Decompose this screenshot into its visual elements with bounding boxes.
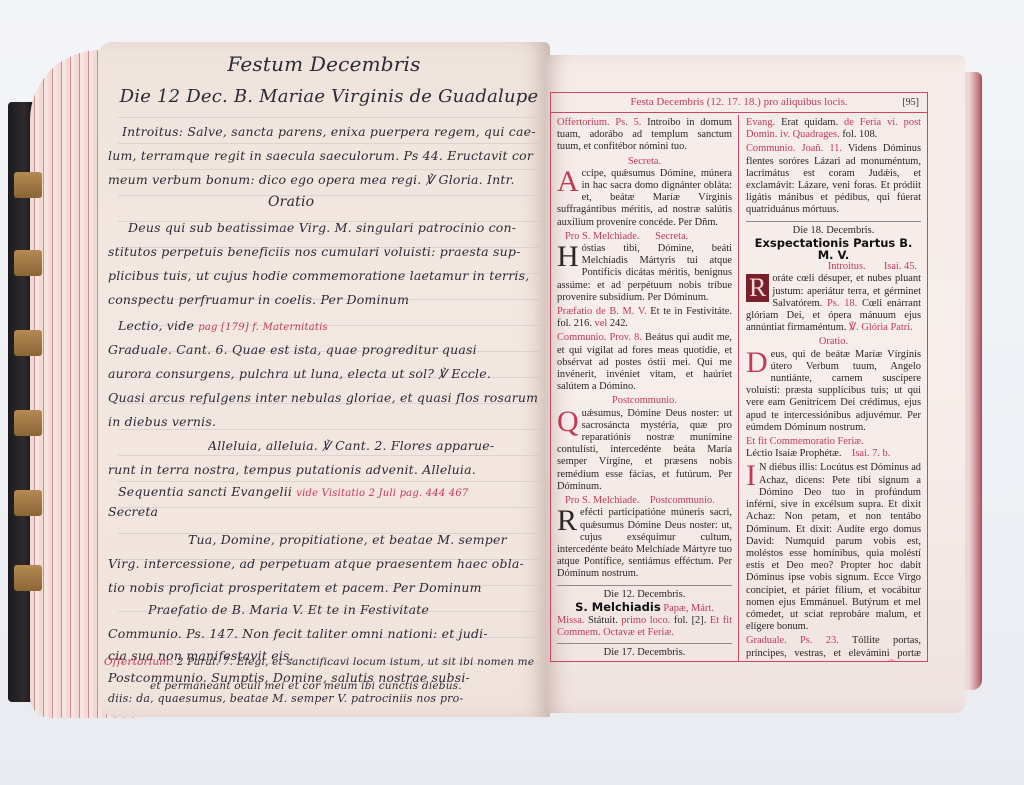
photo-scene: Festum Decembris Die 12 Dec. B. Mariae V… — [0, 0, 1024, 785]
text-line: Tua, Domine, propitiatione, et beatae M.… — [188, 532, 550, 547]
ornamental-drop-cap: R — [746, 274, 769, 302]
ribbon-tab — [14, 410, 42, 436]
drop-cap: H — [557, 244, 579, 270]
text-line: Alleluia, alleluia. ℣ Cant. 2. Flores ap… — [208, 438, 550, 453]
text-line: Deus qui sub beatissimae Virg. M. singul… — [128, 220, 550, 235]
text-line: Virg. intercessione, ad perpetuam atque … — [108, 556, 550, 571]
offertorium: Offertorium. Ps. 5. Introíbo in domum tu… — [557, 117, 732, 154]
drop-cap: A — [557, 169, 579, 195]
secreta: Accipe, quǽsumus Dómine, múnera in hac s… — [557, 168, 732, 229]
secreta-heading: Secreta. — [557, 156, 732, 168]
text-line: runt in terra nostra, tempus putationis … — [108, 462, 550, 477]
column-right: Evang. Erat quidam. de Feria vi. post Do… — [740, 115, 927, 661]
text-line: in diebus vernis. — [108, 414, 550, 429]
evangelium: Evang. Erat quidam. de Feria vi. post Do… — [746, 117, 921, 141]
text-line: tio nobis proficiat prosperitatem et pac… — [108, 580, 550, 595]
text-line: Lectio, vide pag [179] f. Maternitatis — [118, 318, 550, 333]
offertorium-note: Offertorium: 2 Paral. 7. Elegi, et sanct… — [104, 656, 534, 668]
running-head: Festa Decembris (12. 17. 18.) pro aliqui… — [551, 93, 927, 113]
lectio-heading: Léctio Isaíæ Prophétæ. Isai. 7. b. — [746, 448, 921, 460]
lectio: IN diébus illis: Locútus est Dóminus ad … — [746, 462, 921, 633]
divider — [557, 585, 732, 586]
text-line: Introitus: Salve, sancta parens, enixa p… — [122, 124, 550, 139]
ribbon-tab — [14, 490, 42, 516]
section-heading: Secreta — [108, 504, 550, 519]
divider — [746, 221, 921, 222]
page-title: Festum Decembris — [98, 52, 550, 76]
text-line: plicibus tuis, ut cujus hodie commemorat… — [108, 268, 550, 283]
postcommunio-heading: Postcommunio. — [557, 395, 732, 407]
ribbon-tab — [14, 250, 42, 276]
text-line: Praefatio de B. Maria V. Et te in Festiv… — [148, 602, 550, 617]
communio: Communio. Joañ. 11. Videns Dóminus flent… — [746, 143, 921, 216]
introitus: Roráte cœli désuper, et nubes pluant jus… — [746, 273, 921, 334]
commemoratio: Et fit Commemoratio Feriæ. — [746, 436, 921, 448]
section-heading: Oratio — [268, 194, 550, 210]
text-line: Communio. Ps. 147. Non fecit taliter omn… — [108, 626, 550, 641]
drop-cap: D — [746, 350, 768, 376]
text-line: lum, terramque regit in saecula saeculor… — [108, 148, 550, 163]
ribbon-tab — [14, 172, 42, 198]
page-number: [95] — [902, 93, 919, 112]
printed-text-frame: Festa Decembris (12. 17. 18.) pro aliqui… — [550, 92, 928, 662]
feast-title: Die 12 Dec. B. Mariae Virginis de Guadal… — [108, 86, 550, 107]
divider — [557, 643, 732, 644]
drop-cap: Q — [557, 409, 579, 435]
missa-note: Missa. Státuit. primo loco. fol. [2]. Et… — [557, 615, 732, 639]
refecti: Refécti participatióne múneris sacri, qu… — [557, 507, 732, 580]
text-line: stitutos perpetuis beneficiis nos cumula… — [108, 244, 550, 259]
feast-heading: Exspectationis Partus B. M. V. — [746, 237, 921, 261]
ribbon-tab — [14, 330, 42, 356]
running-head-title: Festa Decembris (12. 17. 18.) pro aliqui… — [630, 96, 847, 108]
ribbon-tab — [14, 565, 42, 591]
column-left: Offertorium. Ps. 5. Introíbo in domum tu… — [551, 115, 739, 661]
oratio: Deus, qui de beátæ Maríæ Vírginis útero … — [746, 349, 921, 434]
graduale: Graduale. Ps. 23. Tóllite portas, prínci… — [746, 635, 921, 661]
offertorium-note-cont: et permaneant oculi mei et cor meum ibi … — [150, 680, 530, 692]
communio: Communio. Prov. 8. Beátus qui audit me, … — [557, 332, 732, 393]
text-line: meum verbum bonum: dico ego opera mea re… — [108, 172, 550, 187]
oratio-heading: Oratio. — [746, 336, 921, 348]
text-line: Sequentia sancti Evangelii vide Visitati… — [118, 484, 550, 499]
text-line: Graduale. Cant. 6. Quae est ista, quae p… — [108, 342, 550, 357]
postcommunio: Quǽsumus, Dómine Deus noster: ut sacrosá… — [557, 408, 732, 493]
hostias: Hóstias tibi, Dómine, beáti Melchíadis M… — [557, 243, 732, 304]
date-heading: Die 18. Decembris. — [746, 225, 921, 237]
text-line: diis: da, quaesumus, beatae M. semper V.… — [108, 692, 550, 705]
handwritten-page: Festum Decembris Die 12 Dec. B. Mariae V… — [98, 42, 550, 717]
text-line: Quasi arcus refulgens inter nebulas glor… — [108, 390, 550, 405]
drop-cap: R — [557, 508, 577, 534]
feast-heading: S. Melchiadis Papæ, Márt. — [557, 601, 732, 615]
text-line: aurora consurgens, pulchra ut luna, elec… — [108, 366, 550, 381]
introitus-heading: Introitus. Isai. 45. — [746, 261, 921, 273]
text-line: conspectu perfruamur in coelis. Per Domi… — [108, 292, 550, 307]
pro-melchiade-heading: Pro S. Melchiade. Secreta. — [557, 231, 732, 243]
feast-heading: S.Lazari Resuscitati Episc., Conf. — [557, 660, 732, 661]
praefatio: Præfatio de B. M. V. Et te in Festivitát… — [557, 306, 732, 330]
pro-melchiade-post-heading: Pro S. Melchiade. Postcommunio. — [557, 495, 732, 507]
drop-cap: I — [746, 463, 756, 489]
